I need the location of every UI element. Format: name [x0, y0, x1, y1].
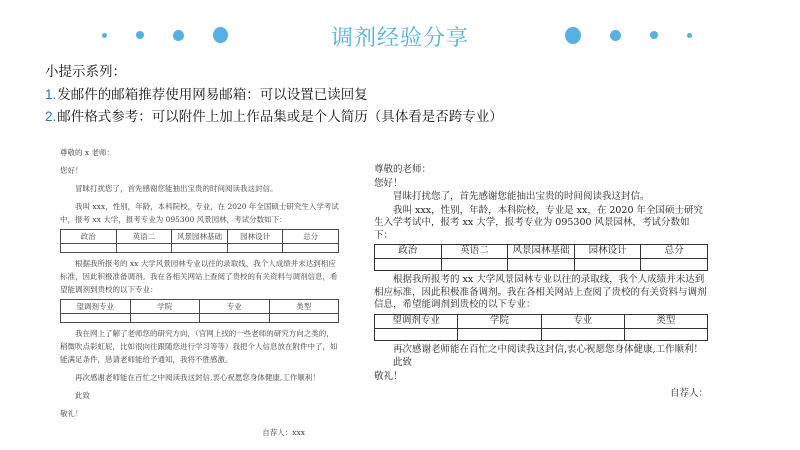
decor-dot: [565, 27, 581, 44]
letter-greeting: 您好！: [374, 178, 708, 191]
tip-text: 发邮件的邮箱推荐使用网易邮箱：可以设置已读回复: [57, 87, 368, 102]
table-header-cell: 学院: [130, 300, 200, 314]
table-header-cell: 风景园林基础: [172, 230, 228, 244]
transfer-table-empty-row: [375, 328, 708, 340]
table-header-cell: 专业: [541, 314, 624, 328]
score-table: 政治 英语二 风景园林基础 园林设计 总分: [60, 229, 339, 253]
score-table-empty-row: [375, 259, 708, 271]
table-header-cell: 总分: [283, 230, 339, 244]
transfer-table: 望调剂专业 学院 专业 类型: [60, 299, 339, 323]
transfer-table: 望调剂专业 学院 专业 类型: [374, 314, 708, 341]
letter-image-left: 尊敬的 x 老师： 您好！ 冒昧打扰您了，首先感谢您能抽出宝贵的时间阅读我这封信…: [60, 146, 339, 444]
decor-dot: [687, 33, 692, 38]
letter-greeting: 您好！: [60, 164, 339, 177]
letter-paragraph-thanks: 再次感谢老师能在百忙之中阅读我这封信,衷心祝愿您身体健康,工作顺利！: [374, 344, 708, 357]
letter-paragraph-self: 我叫 xxx，性别，年龄，本科院校，专业是 xx，在 2020 年全国硕士研究生…: [374, 205, 708, 243]
presentation-slide: 调剂经验分享 小提示系列： 1.发邮件的邮箱推荐使用网易邮箱：可以设置已读回复 …: [0, 0, 800, 450]
table-header-cell: 望调剂专业: [375, 314, 458, 328]
table-empty-cell: [227, 244, 283, 253]
decor-dots-right: [565, 27, 692, 43]
transfer-table-header-row: 望调剂专业 学院 专业 类型: [61, 300, 339, 314]
table-empty-cell: [172, 244, 228, 253]
score-table-header-row: 政治 英语二 风景园林基础 园林设计 总分: [61, 230, 339, 244]
table-header-cell: 风景园林基础: [508, 245, 575, 259]
table-empty-cell: [61, 244, 117, 253]
letter-salutation: 尊敬的 x 老师：: [60, 146, 339, 159]
letter-paragraph-reason: 根据我所报考的 xx 大学风景园林专业以往的录取线，我个人成绩并未达到相应标准，…: [374, 274, 708, 312]
table-header-cell: 政治: [61, 230, 117, 244]
letter-paragraph-research: 我在网上了解了老师您的研究方向，（官网上找的一些老师的研究方向之类的，稍微吹点彩…: [60, 327, 339, 366]
table-empty-cell: [283, 244, 339, 253]
letter-paragraph-thanks: 再次感谢老师能在百忙之中阅读我这封信,衷心祝愿您身体健康,工作顺利！: [60, 371, 339, 384]
table-empty-cell: [130, 314, 200, 323]
table-header-cell: 政治: [375, 245, 442, 259]
table-empty-cell: [61, 314, 131, 323]
table-empty-cell: [641, 259, 708, 271]
letter-paragraph-intro: 冒昧打扰您了，首先感谢您能抽出宝贵的时间阅读我这封信。: [60, 182, 339, 195]
table-empty-cell: [541, 328, 624, 340]
table-empty-cell: [508, 259, 575, 271]
table-header-cell: 类型: [269, 300, 339, 314]
tip-item-1: 1.发邮件的邮箱推荐使用网易邮箱：可以设置已读回复: [45, 84, 503, 107]
letter-image-right: 尊敬的老师： 您好！ 冒昧打扰您了，首先感谢您能抽出宝贵的时间阅读我这封信。 我…: [374, 164, 708, 402]
letter-closing-cizhi: 此致: [374, 357, 708, 370]
table-header-cell: 英语二: [116, 230, 172, 244]
table-empty-cell: [375, 328, 458, 340]
table-empty-cell: [200, 314, 270, 323]
decor-dot: [610, 30, 621, 41]
letter-paragraph-self: 我叫 xxx，性别，年龄，本科院校，专业，在 2020 年全国硕士研究生入学考试…: [60, 200, 339, 226]
score-table-header-row: 政治 英语二 风景园林基础 园林设计 总分: [375, 245, 708, 259]
score-table: 政治 英语二 风景园林基础 园林设计 总分: [374, 244, 708, 271]
table-header-cell: 望调剂专业: [61, 300, 131, 314]
letter-salutation: 尊敬的老师：: [374, 164, 708, 177]
tip-item-2: 2.邮件格式参考：可以附件上加上作品集或是个人简历（具体看是否跨专业）: [45, 106, 503, 129]
table-empty-cell: [116, 244, 172, 253]
tip-number: 1.: [45, 87, 56, 102]
table-empty-cell: [375, 259, 442, 271]
table-header-cell: 专业: [200, 300, 270, 314]
table-empty-cell: [624, 328, 707, 340]
table-header-cell: 英语二: [441, 245, 508, 259]
letter-signature: 自荐人：: [374, 388, 708, 401]
table-empty-cell: [441, 259, 508, 271]
table-header-cell: 总分: [641, 245, 708, 259]
transfer-table-empty-row: [61, 314, 339, 323]
letter-paragraph-reason: 根据我所报考的 xx 大学风景园林专业以往的录取线，我个人成绩并未达到相应标准，…: [60, 257, 339, 296]
letter-paragraph-intro: 冒昧打扰您了，首先感谢您能抽出宝贵的时间阅读我这封信。: [374, 191, 708, 204]
tip-number: 2.: [45, 109, 56, 124]
letter-closing-jingli: 敬礼！: [60, 407, 339, 420]
table-empty-cell: [574, 259, 641, 271]
table-empty-cell: [458, 328, 541, 340]
table-header-cell: 园林设计: [574, 245, 641, 259]
letter-signature: 自荐人：xxx: [60, 426, 339, 439]
score-table-empty-row: [61, 244, 339, 253]
letter-closing-jingli: 敬礼！: [374, 371, 708, 384]
transfer-table-header-row: 望调剂专业 学院 专业 类型: [375, 314, 708, 328]
table-header-cell: 类型: [624, 314, 707, 328]
table-empty-cell: [269, 314, 339, 323]
tips-block: 小提示系列： 1.发邮件的邮箱推荐使用网易邮箱：可以设置已读回复 2.邮件格式参…: [45, 61, 503, 129]
tip-text: 邮件格式参考：可以附件上加上作品集或是个人简历（具体看是否跨专业）: [57, 109, 503, 124]
table-header-cell: 学院: [458, 314, 541, 328]
tips-heading: 小提示系列：: [45, 61, 503, 84]
table-header-cell: 园林设计: [227, 230, 283, 244]
decor-dot: [650, 31, 658, 39]
letter-closing-cizhi: 此致: [60, 389, 339, 402]
